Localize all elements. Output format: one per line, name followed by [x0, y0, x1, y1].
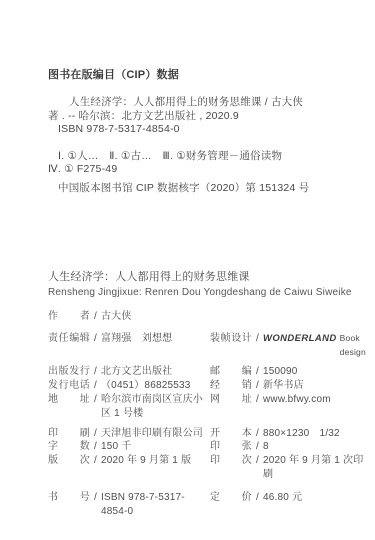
printer-format-row: 印刷 / 天津旭非印刷有限公司 开本 / 880×1230 1/32	[48, 427, 367, 441]
publisher-website: www.bfwy.com	[263, 393, 331, 407]
field-label: 书号	[48, 491, 90, 505]
field-label: 出版发行	[48, 365, 90, 379]
field-separator: /	[256, 332, 259, 346]
field-separator: /	[94, 454, 97, 468]
cip-isbn-line: ISBN 978-7-5317-4854-0	[48, 123, 351, 137]
field-separator: /	[256, 454, 259, 468]
book-title-chinese: 人生经济学：人人都用得上的财务思维课	[48, 270, 367, 284]
author-name: 古大侠	[101, 310, 132, 324]
phone-distribution-row: 发行电话 / （0451）86825533 经销 / 新华书店	[48, 379, 367, 393]
editor-design-row: 责任编辑 / 富翔强 刘想想 装帧设计 / WONDERLAND Book de…	[48, 332, 367, 360]
field-label: 印张	[210, 440, 252, 454]
book-copyright-page: 图书在版编目（CIP）数据 人生经济学：人人都用得上的财务思维课 / 古大侠 著…	[0, 0, 375, 540]
postcode-value: 150090	[263, 365, 298, 379]
field-label: 字数	[48, 440, 90, 454]
field-separator: /	[256, 427, 259, 441]
phone-number: （0451）86825533	[101, 379, 191, 393]
field-separator: /	[256, 379, 259, 393]
isbn-price-row: 书号 / ISBN 978-7-5317-4854-0 定价 / 46.80 元	[48, 491, 367, 519]
field-separator: /	[256, 393, 259, 407]
publisher-postcode-row: 出版发行 / 北方文艺出版社 邮编 / 150090	[48, 365, 367, 379]
publication-info: 责任编辑 / 富翔强 刘想想 装帧设计 / WONDERLAND Book de…	[48, 332, 367, 519]
format-value: 880×1230 1/32	[263, 427, 340, 441]
field-label: 装帧设计	[210, 332, 252, 346]
cip-section: 图书在版编目（CIP）数据 人生经济学：人人都用得上的财务思维课 / 古大侠 著…	[48, 69, 351, 195]
book-title-pinyin: Rensheng Jingjixue: Renren Dou Yongdesha…	[48, 286, 367, 300]
field-label: 邮编	[210, 365, 252, 379]
field-separator: /	[94, 440, 97, 454]
cip-class-line-2: Ⅳ. ① F275-49	[48, 163, 351, 177]
author-row: 作者 / 古大侠	[48, 310, 367, 324]
cip-classification: Ⅰ. ①人… Ⅱ. ①古… Ⅲ. ①财务管理－通俗读物 Ⅳ. ① F275-49	[48, 150, 351, 177]
publisher-name: 北方文艺出版社	[101, 365, 172, 379]
field-separator: /	[256, 365, 259, 379]
field-label: 网址	[210, 393, 252, 407]
field-separator: /	[94, 310, 97, 324]
address-website-row: 地址 / 哈尔滨市南岗区宣庆小区 1 号楼 网址 / www.bfwy.com	[48, 393, 367, 421]
field-label: 印刷	[48, 427, 90, 441]
cip-record-number: 中国版本图书馆 CIP 数据核字（2020）第 151324 号	[48, 182, 351, 196]
cip-publisher-line: 著 . -- 哈尔滨：北方文艺出版社 , 2020.9	[48, 110, 351, 124]
field-label: 作者	[48, 310, 90, 324]
field-separator: /	[94, 393, 97, 407]
publisher-address: 哈尔滨市南岗区宣庆小区 1 号楼	[101, 393, 210, 421]
impression-value: 2020 年 9 月第 1 次印刷	[263, 454, 367, 482]
distributor-name: 新华书店	[263, 379, 304, 393]
field-separator: /	[94, 332, 97, 346]
cip-class-line-1: Ⅰ. ①人… Ⅱ. ①古… Ⅲ. ①财务管理－通俗读物	[48, 150, 351, 164]
field-label: 经销	[210, 379, 252, 393]
cip-heading: 图书在版编目（CIP）数据	[48, 69, 351, 82]
field-label: 印次	[210, 454, 252, 468]
field-label: 开本	[210, 427, 252, 441]
price-value: 46.80 元	[263, 491, 302, 505]
cip-description: 人生经济学：人人都用得上的财务思维课 / 古大侠 著 . -- 哈尔滨：北方文艺…	[48, 96, 351, 137]
colophon-section: 人生经济学：人人都用得上的财务思维课 Rensheng Jingjixue: R…	[48, 270, 367, 518]
field-separator: /	[94, 491, 97, 505]
field-separator: /	[94, 427, 97, 441]
field-separator: /	[94, 379, 97, 393]
field-separator: /	[256, 440, 259, 454]
field-label: 定价	[210, 491, 252, 505]
editor-names: 富翔强 刘想想	[101, 332, 172, 346]
edition-value: 2020 年 9 月第 1 版	[101, 454, 191, 468]
design-studio-suffix: Book design	[340, 332, 367, 360]
wordcount-sheets-row: 字数 / 150 千 印张 / 8	[48, 440, 367, 454]
edition-impression-row: 版次 / 2020 年 9 月第 1 版 印次 / 2020 年 9 月第 1 …	[48, 454, 367, 482]
word-count-value: 150 千	[101, 440, 131, 454]
field-separator: /	[94, 365, 97, 379]
cip-title-line: 人生经济学：人人都用得上的财务思维课 / 古大侠	[48, 96, 351, 110]
field-label: 责任编辑	[48, 332, 90, 346]
field-label: 地址	[48, 393, 90, 407]
field-separator: /	[256, 491, 259, 505]
isbn-value: ISBN 978-7-5317-4854-0	[101, 491, 210, 519]
printer-name: 天津旭非印刷有限公司	[101, 427, 203, 441]
design-studio-logo: WONDERLAND	[263, 332, 337, 346]
sheets-value: 8	[263, 440, 269, 454]
field-label: 发行电话	[48, 379, 90, 393]
field-label: 版次	[48, 454, 90, 468]
